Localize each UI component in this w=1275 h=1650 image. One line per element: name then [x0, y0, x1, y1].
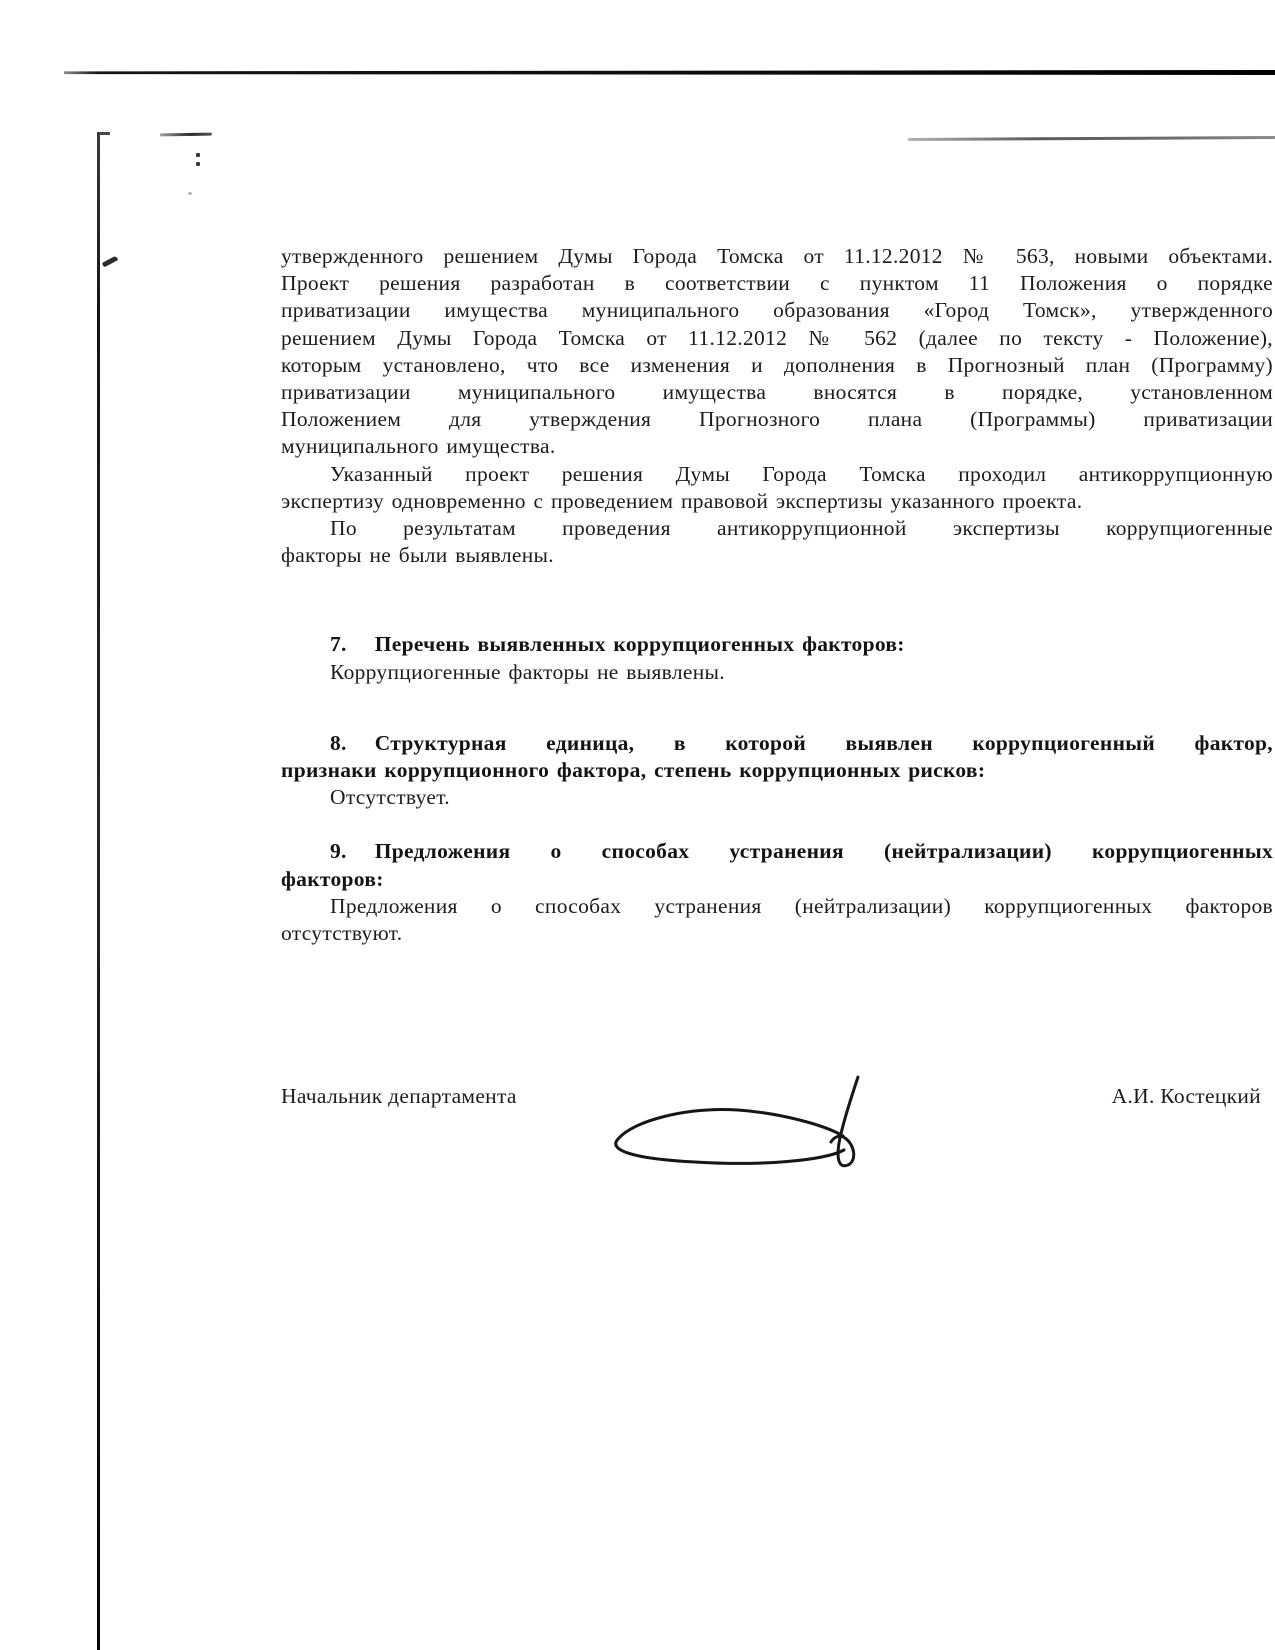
paragraph-continuation-line: которым установлено, что все изменения и…	[281, 352, 1273, 379]
section-spacer	[281, 686, 1273, 730]
scan-top-right-line	[908, 136, 1275, 140]
section-8-title-line2: признаки коррупционного фактора, степень…	[281, 757, 1273, 784]
signatory-name: А.И. Костецкий	[1112, 1083, 1261, 1110]
section-8-answer: Отсутствует.	[281, 784, 1273, 811]
paragraph-continuation-line: приватизации муниципального имущества вн…	[281, 379, 1273, 406]
section-9-answer-line1: Предложения о способах устранения (нейтр…	[281, 893, 1273, 920]
section-7-title: Перечень выявленных коррупциогенных факт…	[375, 632, 905, 656]
section-spacer	[281, 569, 1273, 631]
section-9-title-line2: факторов:	[281, 866, 1273, 893]
paragraph-results-line: факторы не были выявлены.	[281, 542, 1273, 569]
section-9-title-line1: Предложения о способах устранения (нейтр…	[375, 839, 1273, 863]
scan-left-line-tick	[99, 132, 110, 135]
section-7-number: 7.	[330, 632, 347, 656]
paragraph-continuation-line: муниципального имущества.	[281, 433, 1273, 460]
paragraph-continuation-line: приватизации имущества муниципального об…	[281, 297, 1273, 324]
section-9-number: 9.	[330, 839, 347, 863]
section-8-number: 8.	[330, 731, 347, 755]
document-body: утвержденного решением Думы Города Томск…	[281, 243, 1273, 947]
section-spacer	[281, 811, 1273, 838]
paragraph-results-line: По результатам проведения антикоррупцион…	[281, 515, 1273, 542]
section-9-answer-line2: отсутствуют.	[281, 920, 1273, 947]
scan-top-edge-line	[64, 70, 1275, 75]
section-7-answer: Коррупциогенные факторы не выявлены.	[281, 659, 1273, 686]
paragraph-expertise-line: Указанный проект решения Думы Города Том…	[281, 461, 1273, 488]
section-9-heading: 9.Предложения о способах устранения (ней…	[281, 838, 1273, 865]
scan-colon-speck	[196, 153, 200, 157]
section-8-heading: 8.Структурная единица, в которой выявлен…	[281, 730, 1273, 757]
handwritten-signature	[555, 1035, 885, 1185]
section-8-title-line1: Структурная единица, в которой выявлен к…	[375, 731, 1273, 755]
paragraph-continuation-line: Проект решения разработан в соответствии…	[281, 270, 1273, 297]
paragraph-continuation-line: утвержденного решением Думы Города Томск…	[281, 243, 1273, 270]
scan-dash-mark	[160, 133, 212, 137]
scan-left-vertical-line	[97, 132, 100, 1650]
section-7-heading: 7.Перечень выявленных коррупциогенных фа…	[281, 631, 1273, 658]
paragraph-continuation-line: решением Думы Города Томска от 11.12.201…	[281, 325, 1273, 352]
scan-margin-tick	[102, 256, 118, 268]
paragraph-expertise-line: экспертизу одновременно с проведением пр…	[281, 488, 1273, 515]
scan-faint-dot	[188, 192, 192, 195]
signatory-position: Начальник департамента	[281, 1083, 517, 1110]
scanned-document-page: утвержденного решением Думы Города Томск…	[0, 0, 1275, 1650]
paragraph-continuation-line: Положением для утверждения Прогнозного п…	[281, 406, 1273, 433]
